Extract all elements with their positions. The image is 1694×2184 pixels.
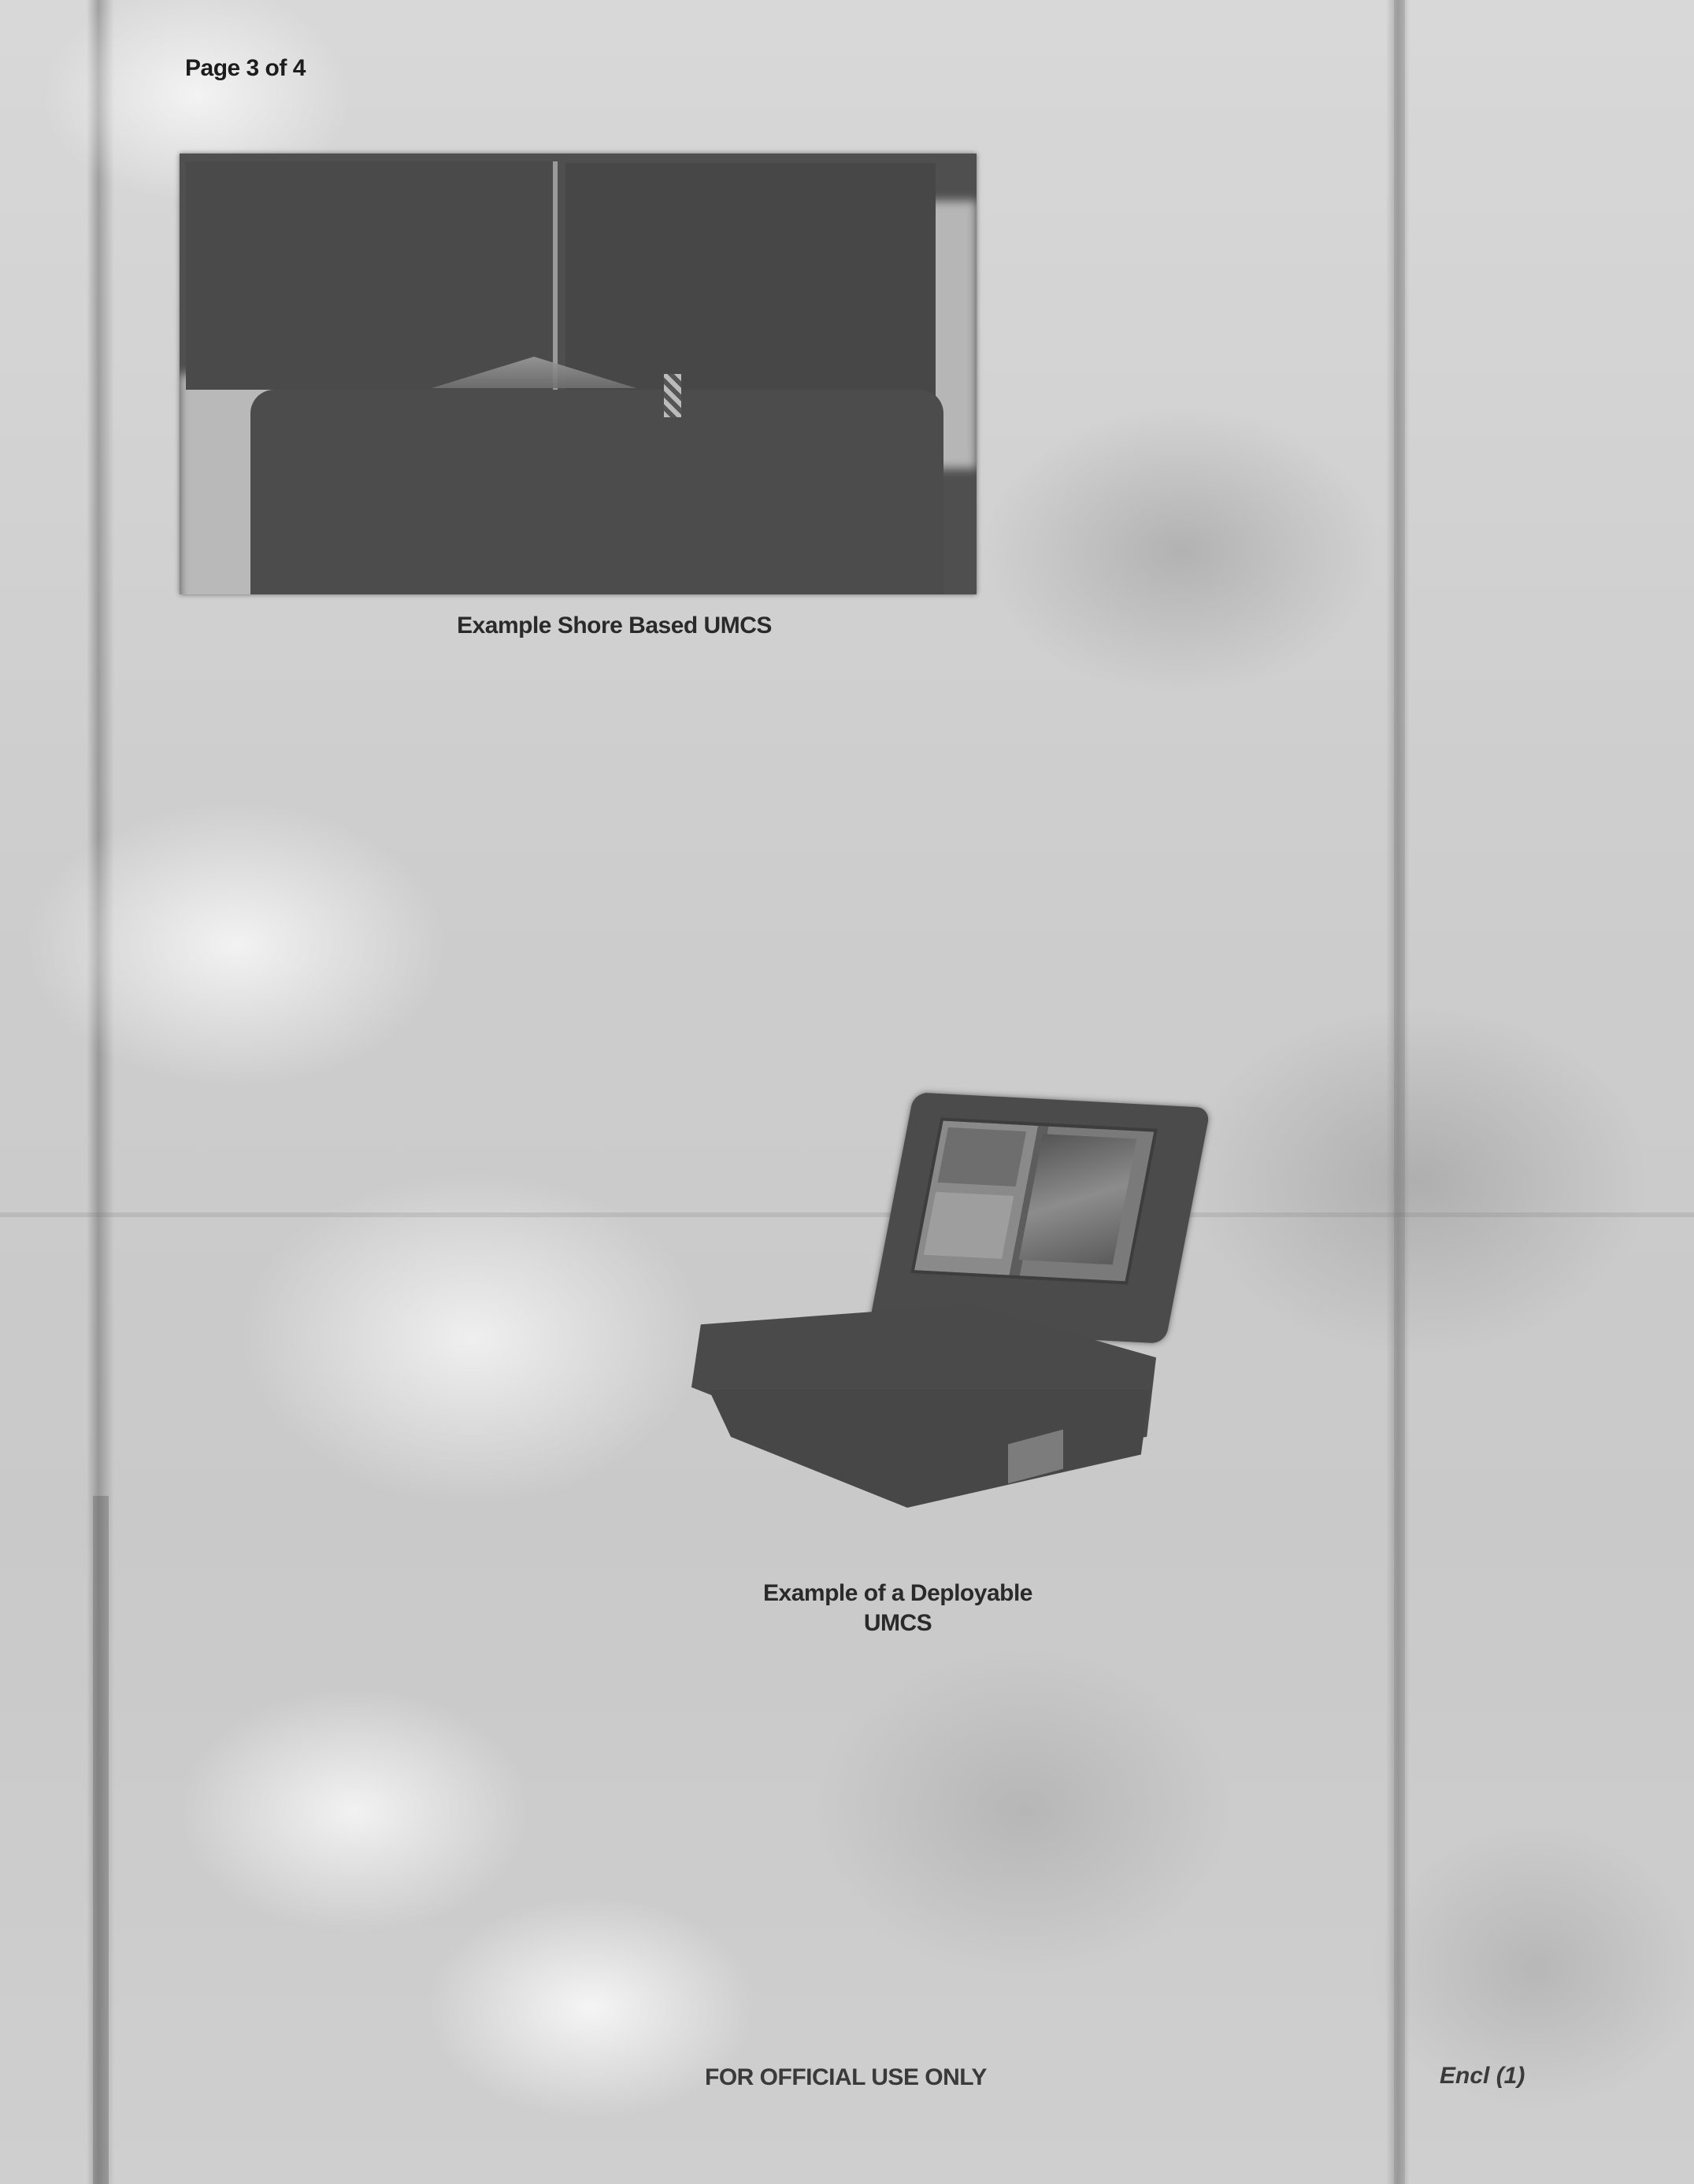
monitor-left: [186, 161, 558, 390]
control-console: [250, 390, 943, 594]
screen-pane: [938, 1127, 1027, 1186]
screen-pane: [924, 1192, 1014, 1259]
chair-detail: [664, 374, 681, 417]
figure-caption-deployable: Example of a Deployable UMCS: [693, 1579, 1103, 1638]
enclosure-label: Encl (1): [1440, 2063, 1525, 2090]
rugged-laptop-lid: [869, 1092, 1210, 1343]
scan-streak: [93, 1496, 109, 2184]
caption-line: UMCS: [693, 1608, 1103, 1638]
monitor-right: [565, 163, 936, 399]
screen-map-pane: [1019, 1134, 1137, 1264]
classification-footer: FOR OFFICIAL USE ONLY: [705, 2064, 987, 2091]
scan-streak: [1394, 0, 1405, 2184]
figure-caption-shore-based: Example Shore Based UMCS: [378, 613, 851, 639]
page-number: Page 3 of 4: [185, 55, 306, 82]
deployable-umcs-photo: [677, 1090, 1221, 1555]
laptop-screen: [910, 1117, 1158, 1284]
caption-line: Example of a Deployable: [693, 1579, 1103, 1608]
rugged-laptop-base-front: [709, 1390, 1150, 1508]
shore-based-umcs-photo: [180, 154, 977, 594]
